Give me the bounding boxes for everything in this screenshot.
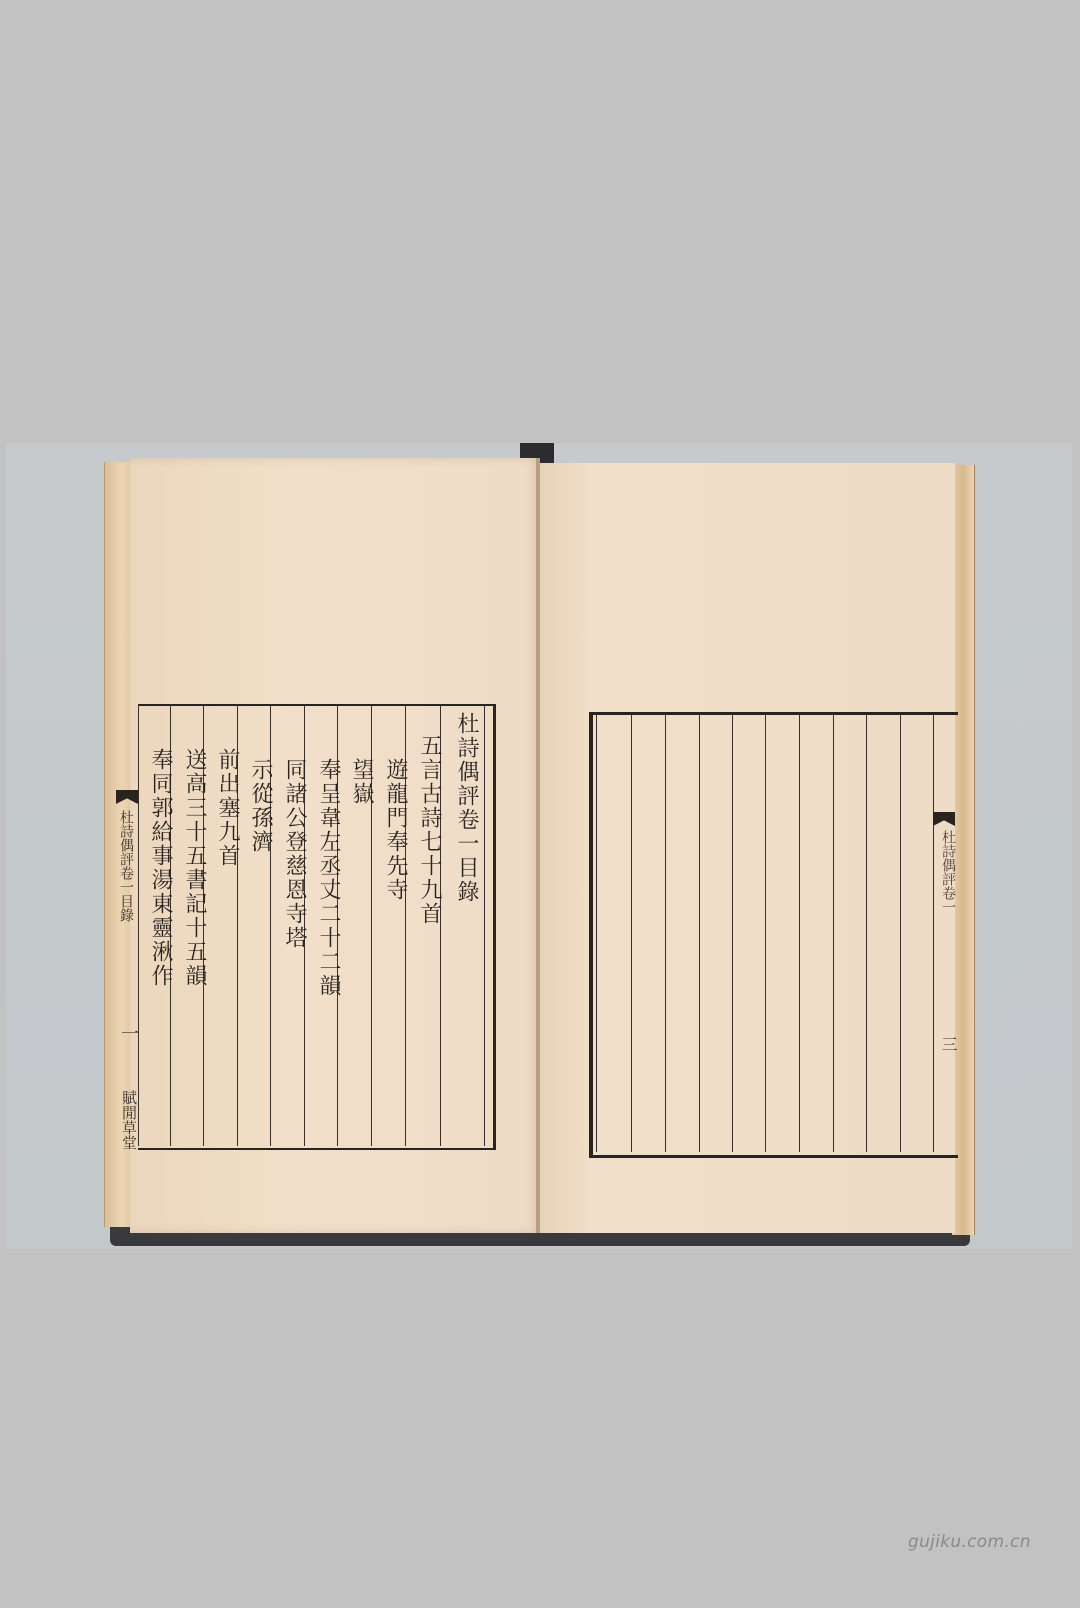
column-rule — [765, 714, 766, 1152]
toc-entry: 奉呈韋左丞丈二十二韻 — [314, 758, 342, 998]
toc-entry: 奉同郭給事湯東靈湫作 — [146, 748, 174, 988]
toc-entry: 同諸公登慈恩寺塔 — [280, 758, 308, 950]
margin-title: 杜詩偶評卷一 — [940, 830, 956, 914]
watermark: gujiku.com.cn — [908, 1532, 1031, 1552]
column-rule — [833, 714, 834, 1152]
toc-section-heading: 五言古詩七十九首 — [415, 734, 443, 926]
column-rule — [900, 714, 901, 1152]
column-rule — [866, 714, 867, 1152]
column-rule — [665, 714, 666, 1152]
margin-title: 杜詩偶評卷一目錄 — [118, 810, 134, 922]
margin-page-number: 三 — [940, 1036, 956, 1052]
right-page-frame — [589, 712, 958, 1158]
margin-page-number: 一 — [120, 1024, 136, 1042]
column-rule — [631, 714, 632, 1152]
column-rule — [799, 714, 800, 1152]
column-rule — [484, 704, 485, 1146]
column-rule — [732, 714, 733, 1152]
toc-entry: 遊龍門奉先寺 — [381, 758, 409, 902]
toc-title: 杜詩偶評卷一目錄 — [452, 712, 480, 904]
column-rule — [138, 704, 139, 1146]
toc-entry: 送高三十五書記十五韻 — [180, 748, 208, 988]
column-rule — [596, 714, 597, 1152]
column-rule — [699, 714, 700, 1152]
column-rule — [933, 714, 934, 1152]
toc-entry: 示從孫濟 — [246, 758, 274, 854]
margin-publisher: 賦閒草堂 — [120, 1090, 137, 1150]
book-gutter — [536, 458, 540, 1233]
toc-entry: 望嶽 — [347, 758, 375, 806]
toc-entry: 前出塞九首 — [213, 748, 241, 868]
